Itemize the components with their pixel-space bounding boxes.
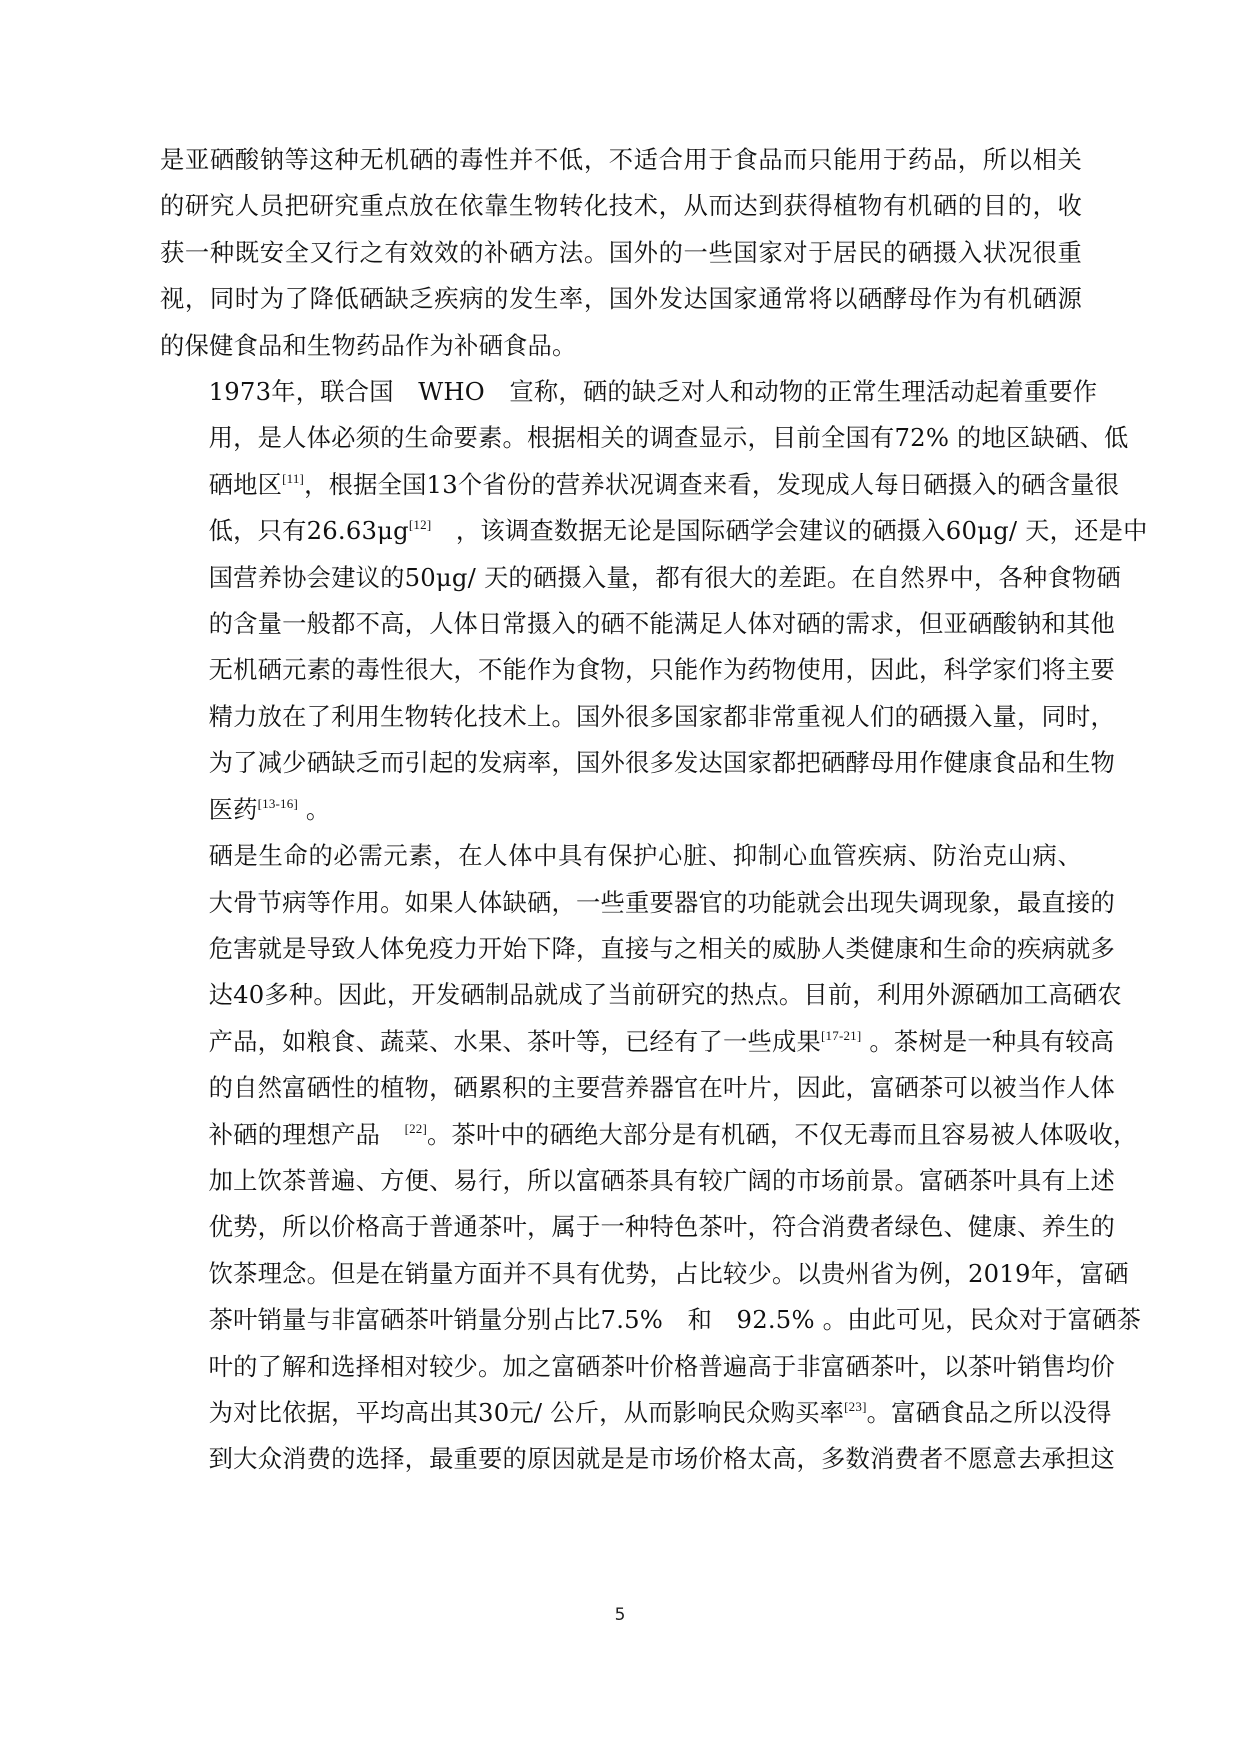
text-line: 获一种既安全又行之有效效的补硒方法。国外的一些国家对于居民的硒摄入状况很重 (160, 230, 1082, 276)
text-line: 的自然富硒性的植物，硒累积的主要营养器官在叶片，因此，富硒茶可以被当作人体 (160, 1065, 1082, 1111)
text-segment: 低，只有26.63μg (209, 516, 409, 545)
text-line: 饮茶理念。但是在销量方面并不具有优势，占比较少。以贵州省为例，2019年，富硒 (160, 1251, 1082, 1297)
text-line: 产品，如粮食、蔬菜、水果、茶叶等，已经有了一些成果[17-21] 。茶树是一种具… (160, 1019, 1082, 1065)
text-segment: 。茶树是一种具有较高 (861, 1027, 1114, 1056)
text-line: 视，同时为了降低硒缺乏疾病的发生率，国外发达国家通常将以硒酵母作为有机硒源 (160, 276, 1082, 322)
paragraph: 是亚硒酸钠等这种无机硒的毒性并不低，不适合用于食品而只能用于药品，所以相关的研究… (160, 137, 1082, 369)
citation-reference: [22] (405, 1121, 427, 1136)
text-line: 优势，所以价格高于普通茶叶，属于一种特色茶叶，符合消费者绿色、健康、养生的 (160, 1204, 1082, 1250)
text-line: 是亚硒酸钠等这种无机硒的毒性并不低，不适合用于食品而只能用于药品，所以相关 (160, 137, 1082, 183)
text-line: 加上饮茶普遍、方便、易行，所以富硒茶具有较广阔的市场前景。富硒茶叶具有上述 (160, 1158, 1082, 1204)
text-line: 精力放在了利用生物转化技术上。国外很多国家都非常重视人们的硒摄入量，同时， (160, 694, 1082, 740)
text-line: 用，是人体必须的生命要素。根据相关的调查显示，目前全国有72% 的地区缺硒、低 (160, 415, 1082, 461)
text-line: 补硒的理想产品 [22]。茶叶中的硒绝大部分是有机硒，不仅无毒而且容易被人体吸收… (160, 1112, 1082, 1158)
text-segment: 。茶叶中的硒绝大部分是有机硒，不仅无毒而且容易被人体吸收， (427, 1120, 1137, 1149)
text-line: 低，只有26.63μg[12] ，该调查数据无论是国际硒学会建议的硒摄入60μg… (160, 508, 1082, 554)
text-segment: ，根据全国13个省份的营养状况调查来看，发现成人每日硒摄入的硒含量很 (304, 470, 1119, 499)
text-segment: 。富硒食品之所以没得 (867, 1398, 1112, 1427)
text-line: 的保健食品和生物药品作为补硒食品。 (160, 323, 1082, 369)
text-line: 茶叶销量与非富硒茶叶销量分别占比7.5% 和 92.5% 。由此可见，民众对于富… (160, 1297, 1082, 1343)
text-line: 为对比依据，平均高出其30元/ 公斤，从而影响民众购买率[23]。富硒食品之所以… (160, 1390, 1082, 1436)
text-segment: 为对比依据，平均高出其30元/ 公斤，从而影响民众购买率 (209, 1398, 845, 1427)
paragraph: 硒是生命的必需元素，在人体中具有保护心脏、抑制心血管疾病、防治克山病、大骨节病等… (160, 833, 1082, 1483)
text-line: 国营养协会建议的50μg/ 天的硒摄入量，都有很大的差距。在自然界中，各种食物硒 (160, 555, 1082, 601)
text-segment: 医药 (209, 795, 258, 824)
document-page: 是亚硒酸钠等这种无机硒的毒性并不低，不适合用于食品而只能用于药品，所以相关的研究… (160, 137, 1082, 1483)
citation-reference: [13-16] (258, 796, 298, 811)
text-segment: 产品，如粮食、蔬菜、水果、茶叶等，已经有了一些成果 (209, 1027, 821, 1056)
text-line: 危害就是导致人体免疫力开始下降，直接与之相关的威胁人类健康和生命的疾病就多 (160, 926, 1082, 972)
citation-reference: [17-21] (821, 1028, 861, 1043)
text-line: 大骨节病等作用。如果人体缺硒，一些重要器官的功能就会出现失调现象，最直接的 (160, 880, 1082, 926)
text-line: 硒是生命的必需元素，在人体中具有保护心脏、抑制心血管疾病、防治克山病、 (160, 833, 1082, 879)
citation-reference: [11] (282, 471, 304, 486)
body-text: 是亚硒酸钠等这种无机硒的毒性并不低，不适合用于食品而只能用于药品，所以相关的研究… (160, 137, 1082, 1483)
text-line: 叶的了解和选择相对较少。加之富硒茶叶价格普遍高于非富硒茶叶，以茶叶销售均价 (160, 1344, 1082, 1390)
text-segment: ，该调查数据无论是国际硒学会建议的硒摄入60μg/ 天，还是中 (431, 516, 1147, 545)
citation-reference: [12] (409, 517, 431, 532)
citation-reference: [23] (844, 1399, 866, 1414)
text-line: 1973年，联合国 WHO 宣称，硒的缺乏对人和动物的正常生理活动起着重要作 (160, 369, 1082, 415)
text-line: 到大众消费的选择，最重要的原因就是是市场价格太高，多数消费者不愿意去承担这 (160, 1436, 1082, 1482)
text-line: 达40多种。因此，开发硒制品就成了当前研究的热点。目前，利用外源硒加工高硒农 (160, 972, 1082, 1018)
text-segment: 补硒的理想产品 (209, 1120, 405, 1149)
text-line: 硒地区[11]，根据全国13个省份的营养状况调查来看，发现成人每日硒摄入的硒含量… (160, 462, 1082, 508)
text-line: 的含量一般都不高，人体日常摄入的硒不能满足人体对硒的需求，但亚硒酸钠和其他 (160, 601, 1082, 647)
text-line: 的研究人员把研究重点放在依靠生物转化技术，从而达到获得植物有机硒的目的，收 (160, 183, 1082, 229)
text-line: 医药[13-16] 。 (160, 787, 1082, 833)
text-line: 为了减少硒缺乏而引起的发病率，国外很多发达国家都把硒酵母用作健康食品和生物 (160, 740, 1082, 786)
paragraph: 1973年，联合国 WHO 宣称，硒的缺乏对人和动物的正常生理活动起着重要作用，… (160, 369, 1082, 833)
text-segment: 硒地区 (209, 470, 283, 499)
text-line: 无机硒元素的毒性很大，不能作为食物，只能作为药物使用，因此，科学家们将主要 (160, 647, 1082, 693)
page-number: 5 (0, 1605, 1240, 1625)
text-segment: 。 (298, 795, 330, 824)
